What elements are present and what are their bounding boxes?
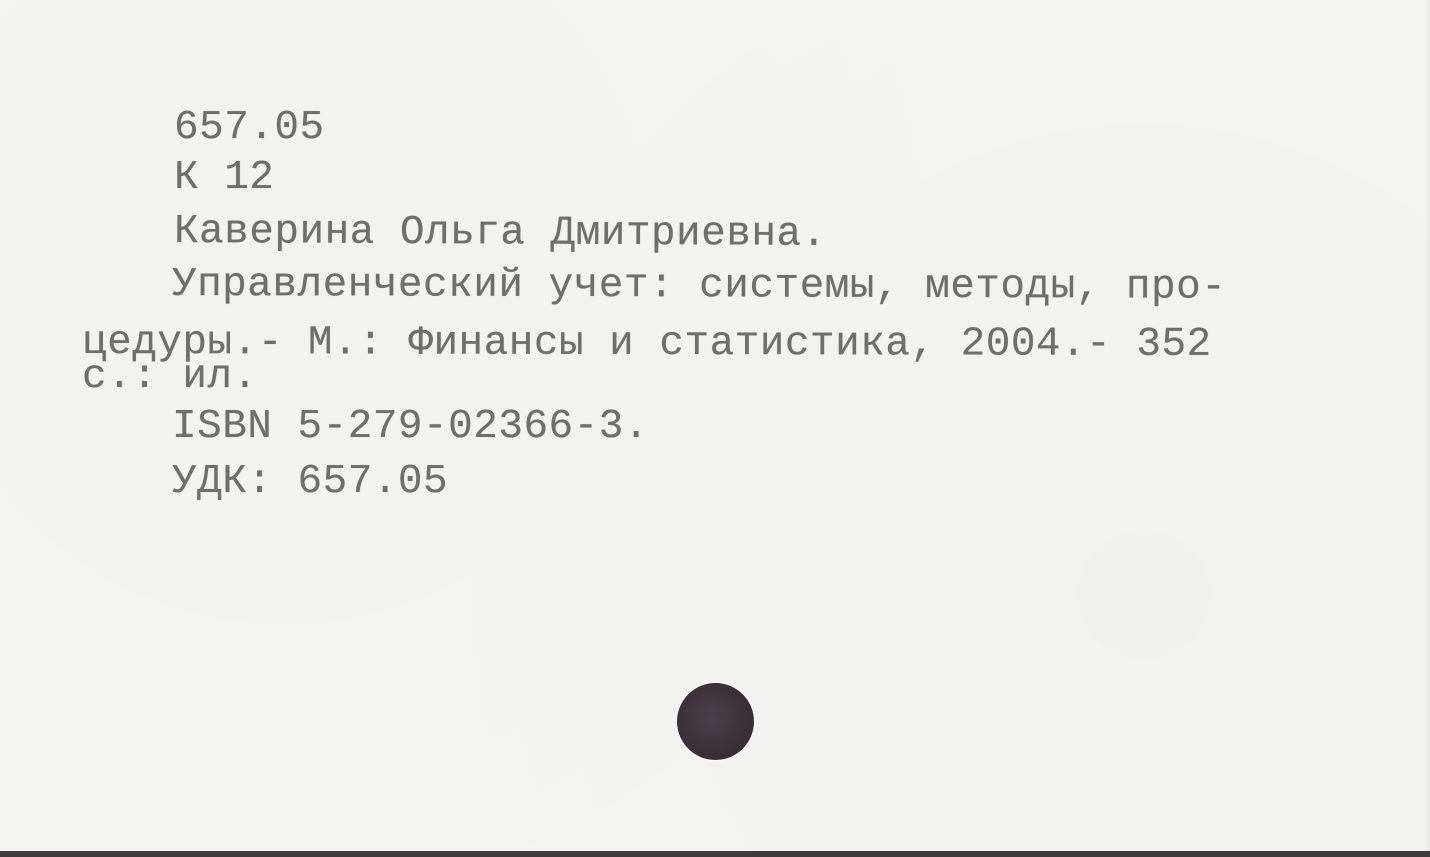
- title-line-1: Управленческий учет: системы, методы, пр…: [172, 265, 1226, 309]
- catalog-card: 657.05 К 12 Каверина Ольга Дмитриевна. У…: [0, 0, 1430, 850]
- punch-hole-icon: [677, 683, 754, 760]
- author-sign: К 12: [174, 158, 274, 199]
- udc-code: УДК: 657.05: [172, 462, 448, 503]
- card-edge-shadow: [1424, 0, 1430, 851]
- title-line-3: с.: ил.: [82, 357, 258, 398]
- author-name: Каверина Ольга Дмитриевна.: [174, 212, 827, 256]
- classification-number: 657.05: [174, 108, 325, 149]
- card-bottom-edge: [0, 851, 1430, 857]
- isbn: ISBN 5-279-02366-3.: [172, 407, 649, 448]
